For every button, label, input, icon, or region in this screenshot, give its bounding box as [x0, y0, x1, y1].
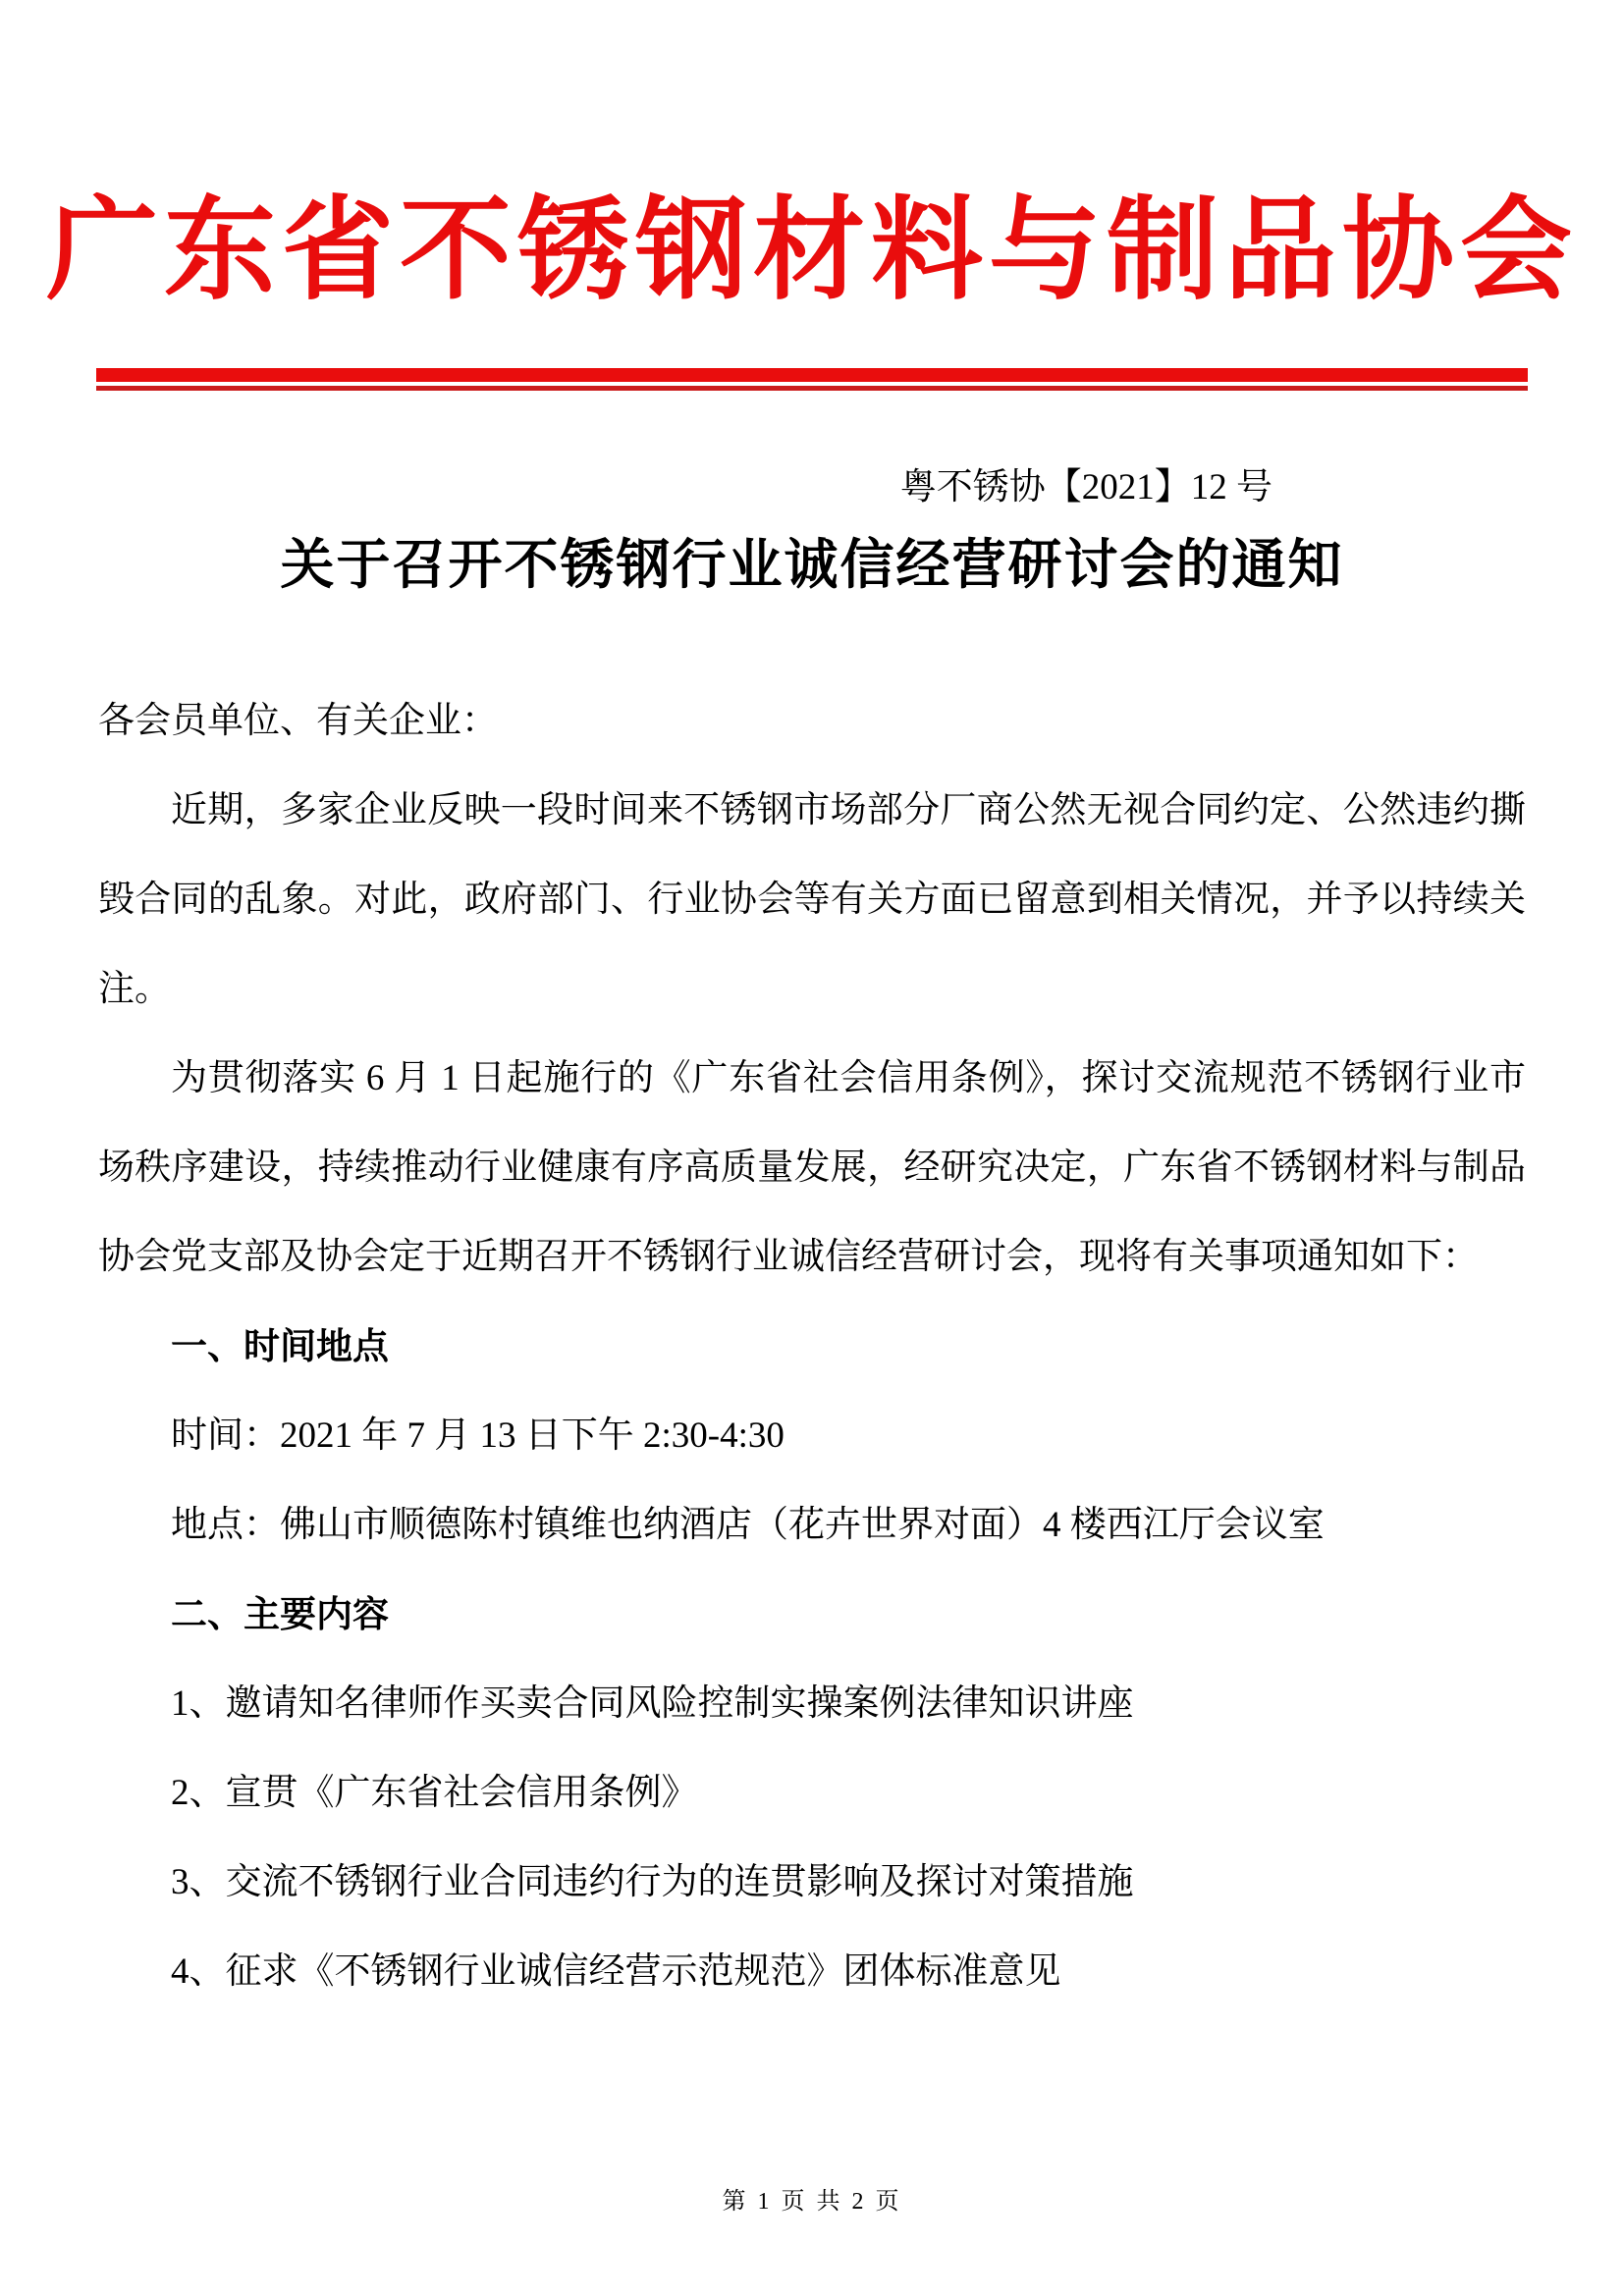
meeting-location: 地点：佛山市顺德陈村镇维也纳酒店（花卉世界对面）4 楼西江厅会议室 [98, 1480, 1526, 1570]
page-number-footer: 第 1 页 共 2 页 [0, 2181, 1624, 2216]
agenda-item-2: 2、宣贯《广东省社会信用条例》 [98, 1748, 1526, 1838]
agenda-item-3: 3、交流不锈钢行业合同违约行为的连贯影响及探讨对策措施 [98, 1838, 1526, 1927]
section2-heading-main-content: 二、主要内容 [98, 1570, 1526, 1659]
doc-title: 关于召开不锈钢行业诚信经营研讨会的通知 [0, 530, 1624, 601]
paragraph-decision: 为贯彻落实 6 月 1 日起施行的《广东省社会信用条例》，探讨交流规范不锈钢行业… [98, 1034, 1526, 1302]
org-name-header: 广东省不锈钢材料与制品协会 [0, 185, 1624, 319]
paragraph-situation: 近期，多家企业反映一段时间来不锈钢市场部分厂商公然无视合同约定、公然违约撕毁合同… [98, 766, 1526, 1034]
meeting-time: 时间：2021 年 7 月 13 日下午 2:30-4:30 [98, 1391, 1526, 1480]
agenda-item-1: 1、邀请知名律师作买卖合同风险控制实操案例法律知识讲座 [98, 1659, 1526, 1748]
agenda-item-4: 4、征求《不锈钢行业诚信经营示范规范》团体标准意见 [98, 1927, 1526, 2016]
section1-heading-time-place: 一、时间地点 [98, 1302, 1526, 1391]
document-body: 各会员单位、有关企业： 近期，多家企业反映一段时间来不锈钢市场部分厂商公然无视合… [98, 676, 1526, 2016]
document-page: 广东省不锈钢材料与制品协会 粤不锈协【2021】12 号 关于召开不锈钢行业诚信… [0, 0, 1624, 2296]
salutation: 各会员单位、有关企业： [98, 676, 1526, 766]
header-rule-thick [96, 368, 1528, 382]
header-rule-thin [96, 386, 1528, 391]
doc-number: 粤不锈协【2021】12 号 [0, 463, 1624, 512]
